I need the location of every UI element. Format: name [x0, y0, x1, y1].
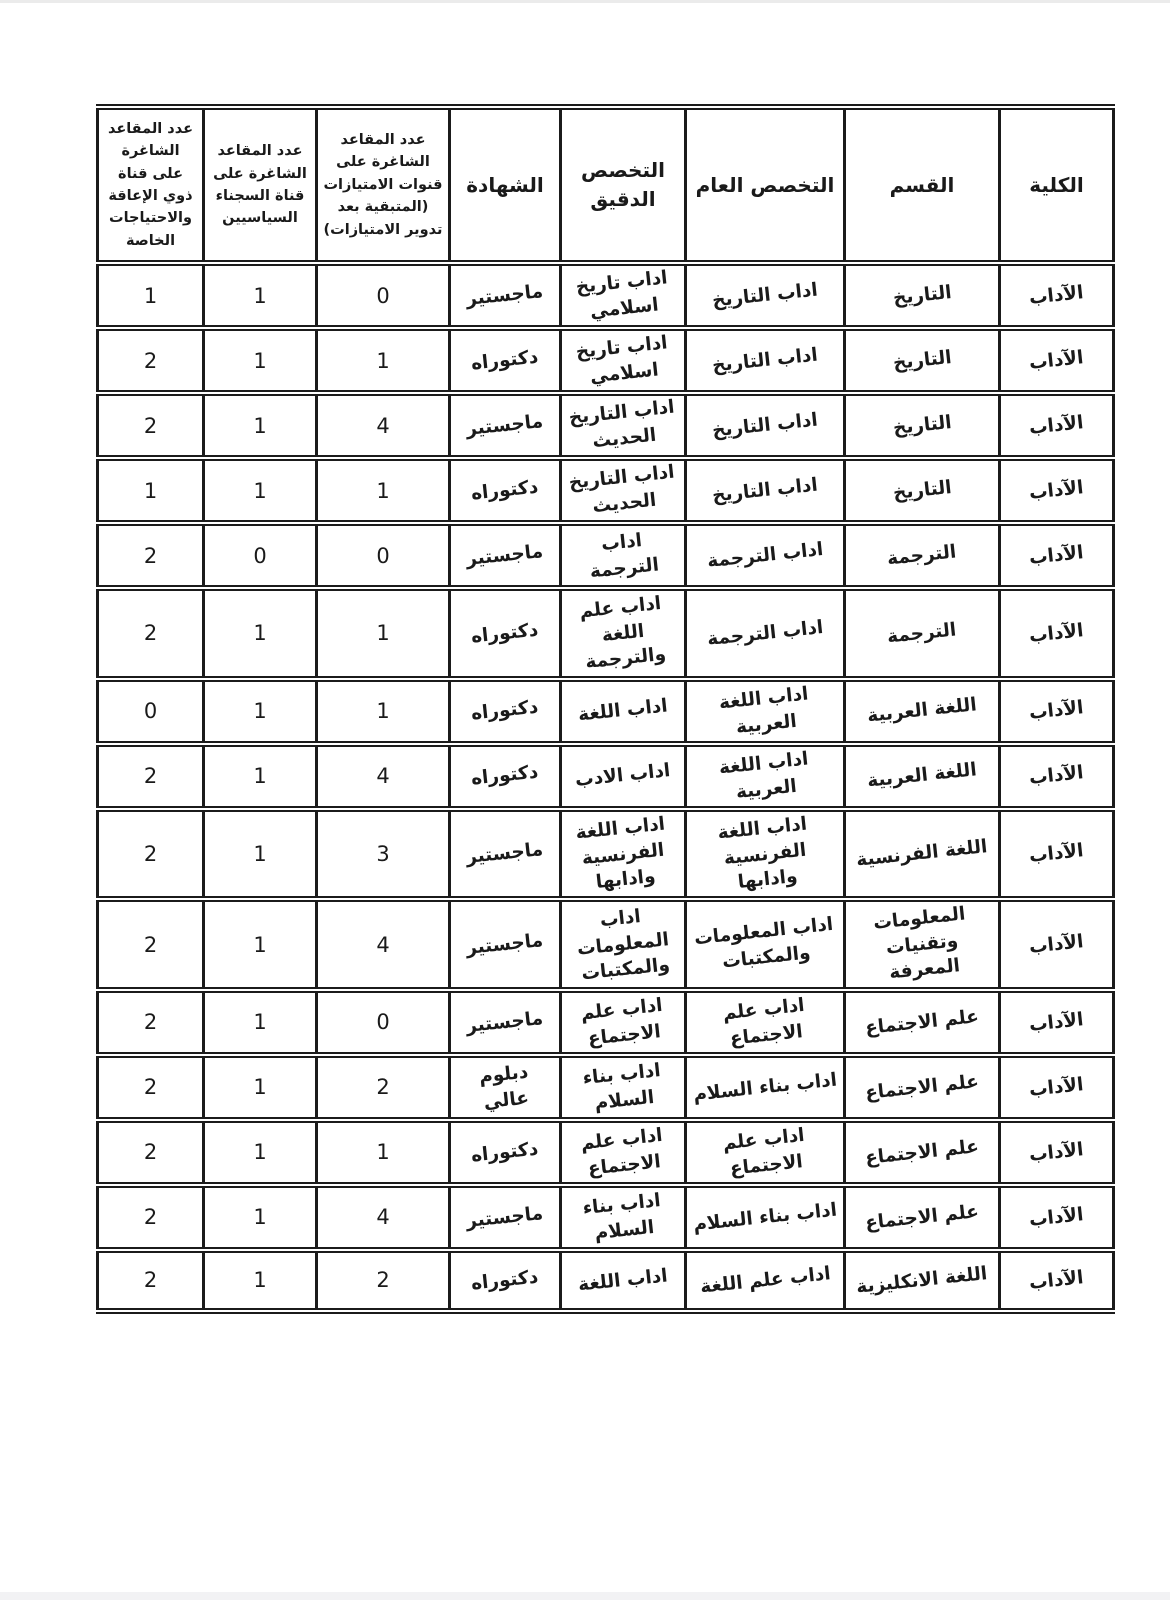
- cell-value: الآداب: [1028, 696, 1085, 727]
- table-row: الآداباللغة العربيةاداب اللغة العربيةادا…: [98, 744, 1114, 809]
- cell-value: ماجستير: [465, 279, 544, 312]
- cell-general-specialty: اداب التاريخ: [686, 393, 845, 458]
- col-header-department: القسم: [845, 107, 1000, 263]
- cell-disability-special-needs-channel-seats: 2: [98, 809, 204, 900]
- cell-disability-special-needs-channel-seats: 2: [98, 328, 204, 393]
- cell-value: 1: [253, 933, 266, 957]
- cell-general-specialty: اداب بناء السلام: [686, 1055, 845, 1120]
- table-row: الآدابالتاريخاداب التاريخاداب التاريخ ال…: [98, 458, 1114, 523]
- table-row: الآدابالتاريخاداب التاريخاداب التاريخ ال…: [98, 393, 1114, 458]
- cell-college: الآداب: [1000, 990, 1114, 1055]
- table-row: الآدابعلم الاجتماعاداب بناء السلاماداب ب…: [98, 1055, 1114, 1120]
- cell-value: اداب التاريخ الحديث: [565, 394, 682, 456]
- col-header-degree: الشهادة: [450, 107, 561, 263]
- cell-privilege-channels-seats: 4: [317, 744, 450, 809]
- cell-value: 4: [376, 933, 389, 957]
- cell-value: دكتوراه: [470, 1136, 540, 1168]
- cell-value: اداب التاريخ: [711, 277, 819, 313]
- cell-value: 1: [253, 1140, 266, 1164]
- cell-college: الآداب: [1000, 899, 1114, 990]
- cell-precise-specialty: اداب تاريخ اسلامي: [561, 328, 686, 393]
- scan-edge-bottom: [0, 1592, 1170, 1600]
- cell-department: اللغة الفرنسية: [845, 809, 1000, 900]
- table-row: الآدابعلم الاجتماعاداب علم الاجتماعاداب …: [98, 1120, 1114, 1185]
- cell-college: الآداب: [1000, 458, 1114, 523]
- cell-value: التاريخ: [891, 475, 952, 507]
- cell-value: علم الاجتماع: [864, 1134, 980, 1171]
- cell-value: الآداب: [1028, 1265, 1085, 1296]
- cell-value: الآداب: [1028, 540, 1085, 571]
- cell-political-prisoners-channel-seats: 1: [204, 588, 317, 679]
- cell-disability-special-needs-channel-seats: 2: [98, 588, 204, 679]
- col-header-precise-specialty: التخصص الدقيق: [561, 107, 686, 263]
- table-row: الآدابالترجمةاداب الترجمةاداب علم اللغة …: [98, 588, 1114, 679]
- table-row: الآدابعلم الاجتماعاداب علم الاجتماعاداب …: [98, 990, 1114, 1055]
- cell-political-prisoners-channel-seats: 1: [204, 1120, 317, 1185]
- cell-general-specialty: اداب التاريخ: [686, 263, 845, 328]
- cell-value: 2: [144, 1010, 157, 1034]
- cell-value: اداب التاريخ الحديث: [565, 459, 682, 521]
- cell-political-prisoners-channel-seats: 1: [204, 1055, 317, 1120]
- cell-value: 1: [253, 1075, 266, 1099]
- cell-general-specialty: اداب اللغة العربية: [686, 744, 845, 809]
- table-row: الآدابالمعلومات وتقنيات المعرفةاداب المع…: [98, 899, 1114, 990]
- cell-precise-specialty: اداب علم اللغة والترجمة: [561, 588, 686, 679]
- cell-value: دكتوراه: [470, 695, 540, 727]
- cell-department: التاريخ: [845, 328, 1000, 393]
- table-row: الآدابالتاريخاداب التاريخاداب تاريخ اسلا…: [98, 263, 1114, 328]
- cell-value: اداب الترجمة: [565, 524, 682, 586]
- cell-value: اداب علم الاجتماع: [690, 1119, 841, 1185]
- cell-department: المعلومات وتقنيات المعرفة: [845, 899, 1000, 990]
- cell-value: اللغة العربية: [866, 693, 978, 730]
- cell-disability-special-needs-channel-seats: 2: [98, 990, 204, 1055]
- cell-value: الآداب: [1028, 1072, 1085, 1103]
- cell-disability-special-needs-channel-seats: 2: [98, 393, 204, 458]
- cell-value: ماجستير: [465, 409, 544, 442]
- col-header-privilege-channels-seats: عدد المقاعد الشاغرة على قنوات الامتيازات…: [317, 107, 450, 263]
- cell-degree: ماجستير: [450, 899, 561, 990]
- col-header-general-specialty: التخصص العام: [686, 107, 845, 263]
- cell-value: 2: [144, 621, 157, 645]
- cell-value: اداب علم الاجتماع: [565, 1121, 682, 1183]
- table-row: الآدابالترجمةاداب الترجمةاداب الترجمةماج…: [98, 523, 1114, 588]
- cell-precise-specialty: اداب الادب: [561, 744, 686, 809]
- cell-value: اداب بناء السلام: [565, 1186, 682, 1248]
- cell-value: اداب علم الاجتماع: [690, 989, 841, 1055]
- cell-value: 2: [144, 764, 157, 788]
- cell-college: الآداب: [1000, 393, 1114, 458]
- table-row: الآدابعلم الاجتماعاداب بناء السلاماداب ب…: [98, 1185, 1114, 1250]
- cell-degree: دبلوم عالي: [450, 1055, 561, 1120]
- cell-precise-specialty: اداب اللغة: [561, 1250, 686, 1311]
- col-header-disability-special-needs-channel-seats: عدد المقاعد الشاغرة على قناة ذوي الإعاقة…: [98, 107, 204, 263]
- cell-political-prisoners-channel-seats: 1: [204, 1250, 317, 1311]
- cell-degree: دكتوراه: [450, 1120, 561, 1185]
- table-body: الآدابالتاريخاداب التاريخاداب تاريخ اسلا…: [98, 263, 1114, 1311]
- cell-department: اللغة العربية: [845, 679, 1000, 744]
- cell-disability-special-needs-channel-seats: 0: [98, 679, 204, 744]
- cell-political-prisoners-channel-seats: 1: [204, 744, 317, 809]
- cell-political-prisoners-channel-seats: 1: [204, 458, 317, 523]
- cell-value: اداب اللغة: [577, 1263, 669, 1298]
- cell-value: اداب التاريخ: [711, 472, 819, 508]
- cell-department: علم الاجتماع: [845, 1055, 1000, 1120]
- cell-precise-specialty: اداب التاريخ الحديث: [561, 393, 686, 458]
- cell-college: الآداب: [1000, 588, 1114, 679]
- cell-value: التاريخ: [891, 280, 952, 312]
- cell-degree: دكتوراه: [450, 679, 561, 744]
- cell-disability-special-needs-channel-seats: 2: [98, 1120, 204, 1185]
- cell-value: الآداب: [1028, 475, 1085, 506]
- cell-general-specialty: اداب علم اللغة: [686, 1250, 845, 1311]
- cell-value: اداب المعلومات والمكتبات: [563, 901, 682, 989]
- cell-value: اداب اللغة الفرنسية وادابها: [563, 810, 682, 898]
- cell-privilege-channels-seats: 1: [317, 588, 450, 679]
- cell-value: الآداب: [1028, 839, 1085, 870]
- cell-value: 2: [144, 1268, 157, 1292]
- cell-privilege-channels-seats: 1: [317, 679, 450, 744]
- cell-value: 4: [376, 1205, 389, 1229]
- cell-value: 2: [144, 933, 157, 957]
- cell-general-specialty: اداب المعلومات والمكتبات: [686, 899, 845, 990]
- scan-edge-top: [0, 0, 1170, 3]
- cell-value: علم الاجتماع: [864, 1004, 980, 1041]
- cell-value: اداب اللغة: [577, 694, 669, 729]
- cell-disability-special-needs-channel-seats: 2: [98, 523, 204, 588]
- cell-value: علم الاجتماع: [864, 1069, 980, 1106]
- cell-degree: ماجستير: [450, 1185, 561, 1250]
- cell-value: 1: [376, 699, 389, 723]
- cell-value: علم الاجتماع: [864, 1199, 980, 1236]
- cell-precise-specialty: اداب بناء السلام: [561, 1185, 686, 1250]
- cell-privilege-channels-seats: 3: [317, 809, 450, 900]
- cell-value: 1: [144, 284, 157, 308]
- cell-college: الآداب: [1000, 328, 1114, 393]
- cell-privilege-channels-seats: 0: [317, 263, 450, 328]
- cell-value: 1: [376, 349, 389, 373]
- cell-general-specialty: اداب الترجمة: [686, 588, 845, 679]
- col-header-college: الكلية: [1000, 107, 1114, 263]
- cell-value: الآداب: [1028, 929, 1085, 960]
- cell-value: 2: [376, 1268, 389, 1292]
- cell-college: الآداب: [1000, 679, 1114, 744]
- cell-value: 1: [253, 479, 266, 503]
- cell-value: اداب علم اللغة والترجمة: [563, 590, 682, 678]
- cell-value: 0: [253, 544, 266, 568]
- cell-political-prisoners-channel-seats: 1: [204, 899, 317, 990]
- cell-privilege-channels-seats: 4: [317, 899, 450, 990]
- cell-degree: دكتوراه: [450, 328, 561, 393]
- cell-value: اداب التاريخ: [711, 342, 819, 378]
- cell-privilege-channels-seats: 1: [317, 328, 450, 393]
- cell-value: التاريخ: [891, 345, 952, 377]
- cell-value: دكتوراه: [470, 1264, 540, 1296]
- cell-department: اللغة الانكليزية: [845, 1250, 1000, 1311]
- cell-value: 4: [376, 764, 389, 788]
- table-row: الآداباللغة الانكليزيةاداب علم اللغةاداب…: [98, 1250, 1114, 1311]
- cell-degree: ماجستير: [450, 809, 561, 900]
- cell-disability-special-needs-channel-seats: 2: [98, 1055, 204, 1120]
- cell-value: 1: [253, 1268, 266, 1292]
- cell-college: الآداب: [1000, 1120, 1114, 1185]
- cell-value: اداب بناء السلام: [692, 1067, 838, 1107]
- cell-value: اداب الادب: [574, 759, 672, 794]
- cell-political-prisoners-channel-seats: 1: [204, 990, 317, 1055]
- cell-political-prisoners-channel-seats: 1: [204, 1185, 317, 1250]
- cell-precise-specialty: اداب علم الاجتماع: [561, 1120, 686, 1185]
- cell-value: 1: [376, 479, 389, 503]
- cell-value: 2: [144, 1140, 157, 1164]
- cell-general-specialty: اداب التاريخ: [686, 328, 845, 393]
- cell-department: الترجمة: [845, 523, 1000, 588]
- cell-value: اللغة العربية: [866, 758, 978, 795]
- cell-political-prisoners-channel-seats: 0: [204, 523, 317, 588]
- cell-precise-specialty: اداب اللغة الفرنسية وادابها: [561, 809, 686, 900]
- cell-general-specialty: اداب اللغة الفرنسية وادابها: [686, 809, 845, 900]
- cell-degree: ماجستير: [450, 523, 561, 588]
- table-row: الآداباللغة الفرنسيةاداب اللغة الفرنسية …: [98, 809, 1114, 900]
- cell-precise-specialty: اداب بناء السلام: [561, 1055, 686, 1120]
- cell-value: دكتوراه: [470, 474, 540, 506]
- cell-degree: ماجستير: [450, 263, 561, 328]
- cell-value: 3: [376, 842, 389, 866]
- cell-value: اداب الترجمة: [706, 615, 825, 653]
- cell-value: الآداب: [1028, 761, 1085, 792]
- header-row: الكلية القسم التخصص العام التخصص الدقيق …: [98, 107, 1114, 263]
- cell-value: الترجمة: [886, 617, 958, 650]
- cell-value: ماجستير: [465, 837, 544, 870]
- cell-value: اداب تاريخ اسلامي: [565, 329, 682, 391]
- cell-disability-special-needs-channel-seats: 2: [98, 744, 204, 809]
- cell-value: الآداب: [1028, 280, 1085, 311]
- cell-college: الآداب: [1000, 1250, 1114, 1311]
- cell-value: 2: [144, 1075, 157, 1099]
- cell-value: 1: [253, 699, 266, 723]
- cell-precise-specialty: اداب اللغة: [561, 679, 686, 744]
- cell-degree: دكتوراه: [450, 1250, 561, 1311]
- cell-value: 1: [253, 764, 266, 788]
- cell-department: علم الاجتماع: [845, 990, 1000, 1055]
- cell-value: 1: [253, 621, 266, 645]
- document-page: الكلية القسم التخصص العام التخصص الدقيق …: [96, 104, 1112, 1314]
- cell-general-specialty: اداب علم الاجتماع: [686, 1120, 845, 1185]
- cell-value: ماجستير: [465, 928, 544, 961]
- cell-department: علم الاجتماع: [845, 1120, 1000, 1185]
- cell-precise-specialty: اداب الترجمة: [561, 523, 686, 588]
- cell-precise-specialty: اداب تاريخ اسلامي: [561, 263, 686, 328]
- cell-political-prisoners-channel-seats: 1: [204, 328, 317, 393]
- cell-value: دكتوراه: [470, 617, 540, 649]
- cell-college: الآداب: [1000, 263, 1114, 328]
- cell-college: الآداب: [1000, 1185, 1114, 1250]
- cell-value: ماجستير: [465, 1006, 544, 1039]
- cell-value: ماجستير: [465, 1201, 544, 1234]
- cell-privilege-channels-seats: 1: [317, 458, 450, 523]
- table-row: الآداباللغة العربيةاداب اللغة العربيةادا…: [98, 679, 1114, 744]
- cell-political-prisoners-channel-seats: 1: [204, 393, 317, 458]
- cell-value: التاريخ: [891, 410, 952, 442]
- cell-value: اداب اللغة العربية: [690, 678, 841, 744]
- cell-value: اداب علم الاجتماع: [565, 991, 682, 1053]
- cell-value: اداب بناء السلام: [565, 1056, 682, 1118]
- cell-college: الآداب: [1000, 523, 1114, 588]
- cell-value: ماجستير: [465, 539, 544, 572]
- cell-value: الترجمة: [886, 539, 958, 572]
- cell-value: 1: [253, 1010, 266, 1034]
- cell-degree: دكتوراه: [450, 458, 561, 523]
- cell-value: 0: [376, 284, 389, 308]
- cell-value: دكتوراه: [470, 344, 540, 376]
- cell-value: الآداب: [1028, 1137, 1085, 1168]
- cell-general-specialty: اداب الترجمة: [686, 523, 845, 588]
- cell-department: اللغة العربية: [845, 744, 1000, 809]
- cell-degree: دكتوراه: [450, 588, 561, 679]
- cell-privilege-channels-seats: 4: [317, 1185, 450, 1250]
- cell-value: الآداب: [1028, 410, 1085, 441]
- cell-value: 2: [144, 349, 157, 373]
- cell-disability-special-needs-channel-seats: 1: [98, 263, 204, 328]
- cell-value: 1: [376, 1140, 389, 1164]
- cell-college: الآداب: [1000, 1055, 1114, 1120]
- cell-disability-special-needs-channel-seats: 1: [98, 458, 204, 523]
- cell-disability-special-needs-channel-seats: 2: [98, 1250, 204, 1311]
- cell-value: 1: [253, 1205, 266, 1229]
- cell-value: اداب الترجمة: [706, 537, 825, 575]
- cell-value: اداب علم اللغة: [699, 1261, 832, 1300]
- cell-general-specialty: اداب اللغة العربية: [686, 679, 845, 744]
- cell-value: 1: [376, 621, 389, 645]
- cell-privilege-channels-seats: 1: [317, 1120, 450, 1185]
- cell-value: اداب التاريخ: [711, 407, 819, 443]
- cell-degree: ماجستير: [450, 990, 561, 1055]
- cell-value: الآداب: [1028, 618, 1085, 649]
- cell-value: 1: [253, 284, 266, 308]
- cell-value: 2: [144, 1205, 157, 1229]
- cell-value: اداب المعلومات والمكتبات: [690, 912, 841, 978]
- cell-precise-specialty: اداب المعلومات والمكتبات: [561, 899, 686, 990]
- cell-political-prisoners-channel-seats: 1: [204, 809, 317, 900]
- cell-department: التاريخ: [845, 458, 1000, 523]
- cell-privilege-channels-seats: 0: [317, 523, 450, 588]
- cell-general-specialty: اداب التاريخ: [686, 458, 845, 523]
- cell-department: الترجمة: [845, 588, 1000, 679]
- cell-political-prisoners-channel-seats: 1: [204, 263, 317, 328]
- cell-value: اداب بناء السلام: [692, 1197, 838, 1237]
- cell-value: 1: [144, 479, 157, 503]
- cell-privilege-channels-seats: 0: [317, 990, 450, 1055]
- cell-value: 2: [144, 544, 157, 568]
- cell-political-prisoners-channel-seats: 1: [204, 679, 317, 744]
- cell-value: 1: [253, 842, 266, 866]
- cell-disability-special-needs-channel-seats: 2: [98, 899, 204, 990]
- cell-department: التاريخ: [845, 393, 1000, 458]
- cell-department: علم الاجتماع: [845, 1185, 1000, 1250]
- cell-value: 1: [253, 414, 266, 438]
- cell-value: اداب تاريخ اسلامي: [565, 264, 682, 326]
- cell-value: 2: [376, 1075, 389, 1099]
- vacant-seats-table: الكلية القسم التخصص العام التخصص الدقيق …: [96, 104, 1115, 1314]
- cell-value: اللغة الفرنسية: [855, 834, 989, 873]
- cell-value: دبلوم عالي: [454, 1057, 557, 1118]
- cell-value: 2: [144, 842, 157, 866]
- cell-value: 4: [376, 414, 389, 438]
- cell-value: 2: [144, 414, 157, 438]
- cell-general-specialty: اداب بناء السلام: [686, 1185, 845, 1250]
- cell-value: 0: [376, 1010, 389, 1034]
- cell-value: المعلومات وتقنيات المعرفة: [847, 899, 996, 990]
- cell-privilege-channels-seats: 2: [317, 1250, 450, 1311]
- cell-value: اللغة الانكليزية: [855, 1261, 988, 1300]
- cell-precise-specialty: اداب علم الاجتماع: [561, 990, 686, 1055]
- cell-department: التاريخ: [845, 263, 1000, 328]
- cell-college: الآداب: [1000, 744, 1114, 809]
- cell-value: الآداب: [1028, 1007, 1085, 1038]
- cell-value: الآداب: [1028, 1202, 1085, 1233]
- cell-degree: دكتوراه: [450, 744, 561, 809]
- cell-privilege-channels-seats: 2: [317, 1055, 450, 1120]
- table-row: الآدابالتاريخاداب التاريخاداب تاريخ اسلا…: [98, 328, 1114, 393]
- cell-privilege-channels-seats: 4: [317, 393, 450, 458]
- cell-college: الآداب: [1000, 809, 1114, 900]
- cell-value: 0: [376, 544, 389, 568]
- cell-value: الآداب: [1028, 345, 1085, 376]
- cell-precise-specialty: اداب التاريخ الحديث: [561, 458, 686, 523]
- cell-value: دكتوراه: [470, 760, 540, 792]
- cell-value: اداب اللغة الفرنسية وادابها: [688, 808, 841, 899]
- cell-disability-special-needs-channel-seats: 2: [98, 1185, 204, 1250]
- cell-value: اداب اللغة العربية: [690, 743, 841, 809]
- cell-general-specialty: اداب علم الاجتماع: [686, 990, 845, 1055]
- cell-value: 0: [144, 699, 157, 723]
- col-header-political-prisoners-channel-seats: عدد المقاعد الشاغرة على قناة السجناء الس…: [204, 107, 317, 263]
- cell-degree: ماجستير: [450, 393, 561, 458]
- cell-value: 1: [253, 349, 266, 373]
